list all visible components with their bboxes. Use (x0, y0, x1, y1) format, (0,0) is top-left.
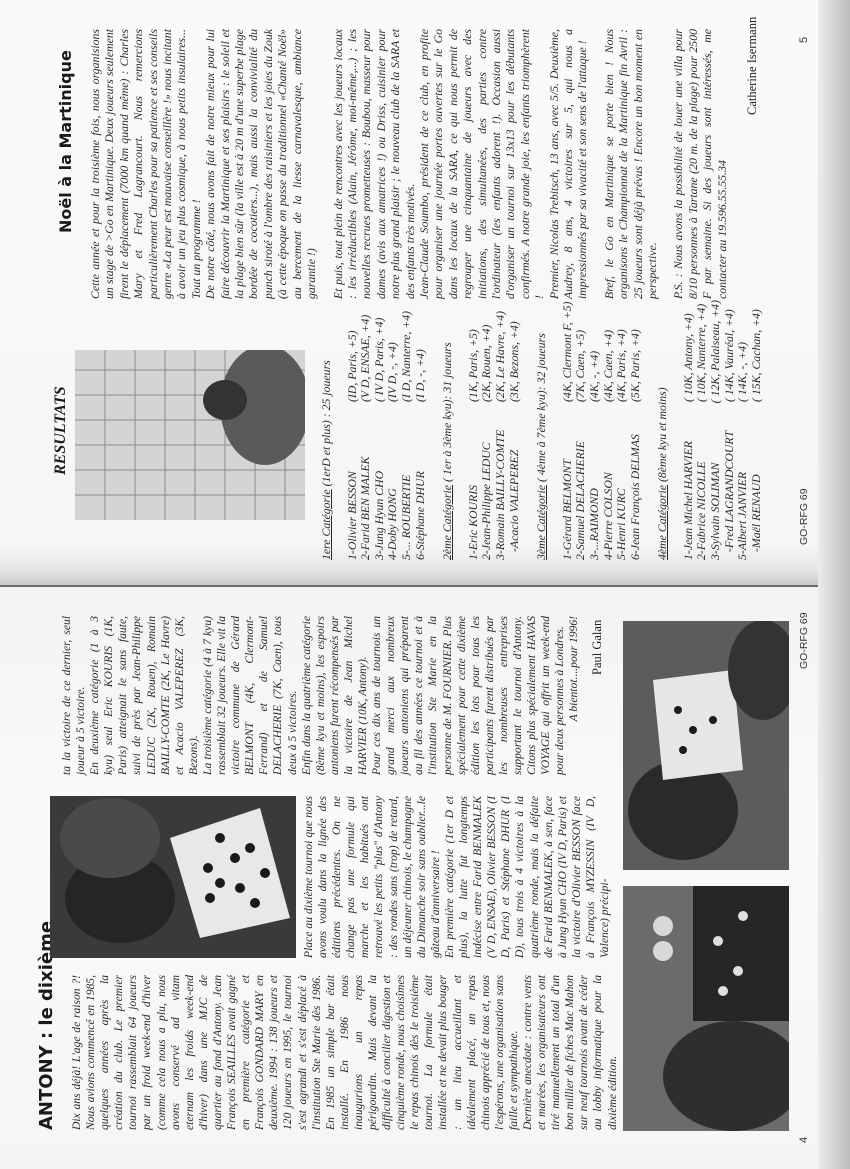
page-footer: GO-RFG 69 (798, 612, 810, 669)
result-row: 6-Jean François DELMAS(5K, Paris, +4) (629, 300, 643, 560)
result-row: 4-Pierre COLSON(4K, Caen, +4) (602, 300, 616, 560)
page-number: 5 (798, 37, 810, 43)
paragraph: Dernière anecdote : contre vents et maré… (521, 975, 620, 1130)
author-signature: Paul Galan (590, 620, 605, 675)
author-signature: Catherine Isermann (745, 17, 760, 115)
result-row: 2-Jean-Philippe LEDUC(2K, Rouen, +4) (480, 300, 494, 560)
paragraph: Enfin dans la quatrième catégorie (8ème … (300, 616, 370, 775)
category-heading: 3ème Catégorie ( 4ème à 7ème kyu): 32 jo… (535, 300, 549, 560)
paragraph: P.S. : Nous avons la possibilité de loue… (671, 29, 729, 299)
results-list: 1ere Catégorie (1erD et plus) : 25 joueu… (320, 300, 763, 560)
go-player-clock-photo (623, 886, 789, 1131)
results-board-photo (75, 350, 305, 520)
result-row: 5-Albert JANVIER( 14K, -, +4) (736, 300, 750, 560)
paragraph: Premier, Nicolas Trebitsch, 13 ans, avec… (547, 29, 590, 299)
tournament-photo-icon (623, 621, 789, 870)
results-board-icon (75, 350, 305, 520)
paragraph: Cette année et pour la troisième fois, n… (88, 29, 203, 299)
result-row: 2-Samuel DELACHERIE(7K, Caen, +5) (574, 300, 588, 560)
antony-column-1: Dix ans déjà! L'age de raison ?! Nous av… (70, 975, 620, 1130)
result-row: 3-Romain BAILLY-COMTE(2K, Le Havre, +4) (494, 300, 508, 560)
result-row: 3-...RAIMOND(4K, -, +4) (588, 300, 602, 560)
paragraph: Et puis, tout plein de rencontres avec l… (331, 29, 417, 299)
article-title-martinique: Noël à la Martinique (56, 50, 75, 233)
page-footer: GO-RFG 69 (798, 488, 810, 545)
category-heading: 4ème Catégorie (8ème kyu et moins) (656, 300, 670, 560)
paragraph: ta la victoire de ce dernier, seul joueu… (60, 616, 88, 775)
paragraph: Place au dixième tournoi que nous avons … (302, 796, 443, 958)
paragraph: Pour ces dix ans de tournois un grand me… (370, 616, 567, 775)
go-tournament-room-photo (623, 621, 789, 870)
paragraph: De notre côté, nous avons fait de notre … (203, 29, 318, 299)
result-row: 1-Olivier BESSON(ID, Paris, +5) (346, 300, 360, 560)
result-row: 1-Jean Michel HARVIER( 10K, Antony, +4) (682, 300, 696, 560)
clock-photo-icon (623, 886, 789, 1131)
antony-column-3: ta la victoire de ce dernier, seul joueu… (60, 616, 581, 775)
result-row: 2-Farid BEN MALEK(V D, ENSAE, +4) (359, 300, 373, 560)
paragraph: En première catégorie (1er D et plus), l… (443, 796, 612, 958)
result-row: 1-Gérard BELMONT(4K, Clermont F, +5) (561, 300, 575, 560)
closing-line: A bientot....pour 1996! (567, 616, 581, 775)
result-row: 3-Sylvain SOLIMAN( 12K, Palaiseau, +4) (709, 300, 723, 560)
result-row: 1-Eric KOURIS(1K, Paris, +5) (467, 300, 481, 560)
antony-column-2: Place au dixième tournoi que nous avons … (302, 796, 612, 958)
paragraph: La troisième catégorie (4 à 7 kyu) rasse… (201, 616, 300, 775)
go-players-photo (50, 796, 296, 958)
result-row: -Acacio VALEPEREZ(3K, Bezons, +4) (508, 300, 522, 560)
martinique-column: Cette année et pour la troisième fois, n… (88, 29, 729, 299)
category-heading: 2ème Catégorie ( 1er à 3ème kyu): 31 jou… (441, 300, 455, 560)
page-number: 4 (798, 1137, 810, 1143)
go-board-photo-icon (50, 796, 296, 958)
result-row: 3-Jung Hyun CHO( IV D, Paris, +4) (373, 300, 387, 560)
magazine-spread: ANTONY : le dixième Dix ans déjà! L'age … (0, 0, 850, 1169)
page-4: ANTONY : le dixième Dix ans déjà! L'age … (0, 585, 850, 1169)
results-title: RESULTATS (52, 386, 70, 475)
paragraph: En deuxième catégorie (1 à 3 kyu) seul E… (88, 616, 201, 775)
page-5: RESULTATS 1ere Catégorie (1erD et plus) … (0, 0, 850, 585)
paragraph: Bref, le Go en Martinique se porte bien … (602, 29, 660, 299)
result-row: 5-... ROUBERTIE(I D, Nanterre, +4) (400, 300, 414, 560)
paragraph: Jean-Claude Soumbo, président de ce club… (417, 29, 547, 299)
result-row: 2-Fabrice NICOLLE( 10K, Nanterre, +4) (695, 300, 709, 560)
result-row: 5-Henri KURC(4K, Paris, +4) (615, 300, 629, 560)
result-row: -Fred LAGRANDCOURT( 14K, Vauréal, +4) (723, 300, 737, 560)
result-row: 4-Doby HONG(IV D, -, +4) (386, 300, 400, 560)
scanner-edge-shadow (818, 0, 850, 1169)
category-heading: 1ere Catégorie (1erD et plus) : 25 joueu… (320, 300, 334, 560)
result-row: -Maël RENAUD( 15K, Cachan, +4) (750, 300, 764, 560)
paragraph: Dix ans déjà! L'age de raison ?! Nous av… (70, 975, 521, 1130)
result-row: 6-Stéphane DHUR(I D, -, +4) (414, 300, 428, 560)
